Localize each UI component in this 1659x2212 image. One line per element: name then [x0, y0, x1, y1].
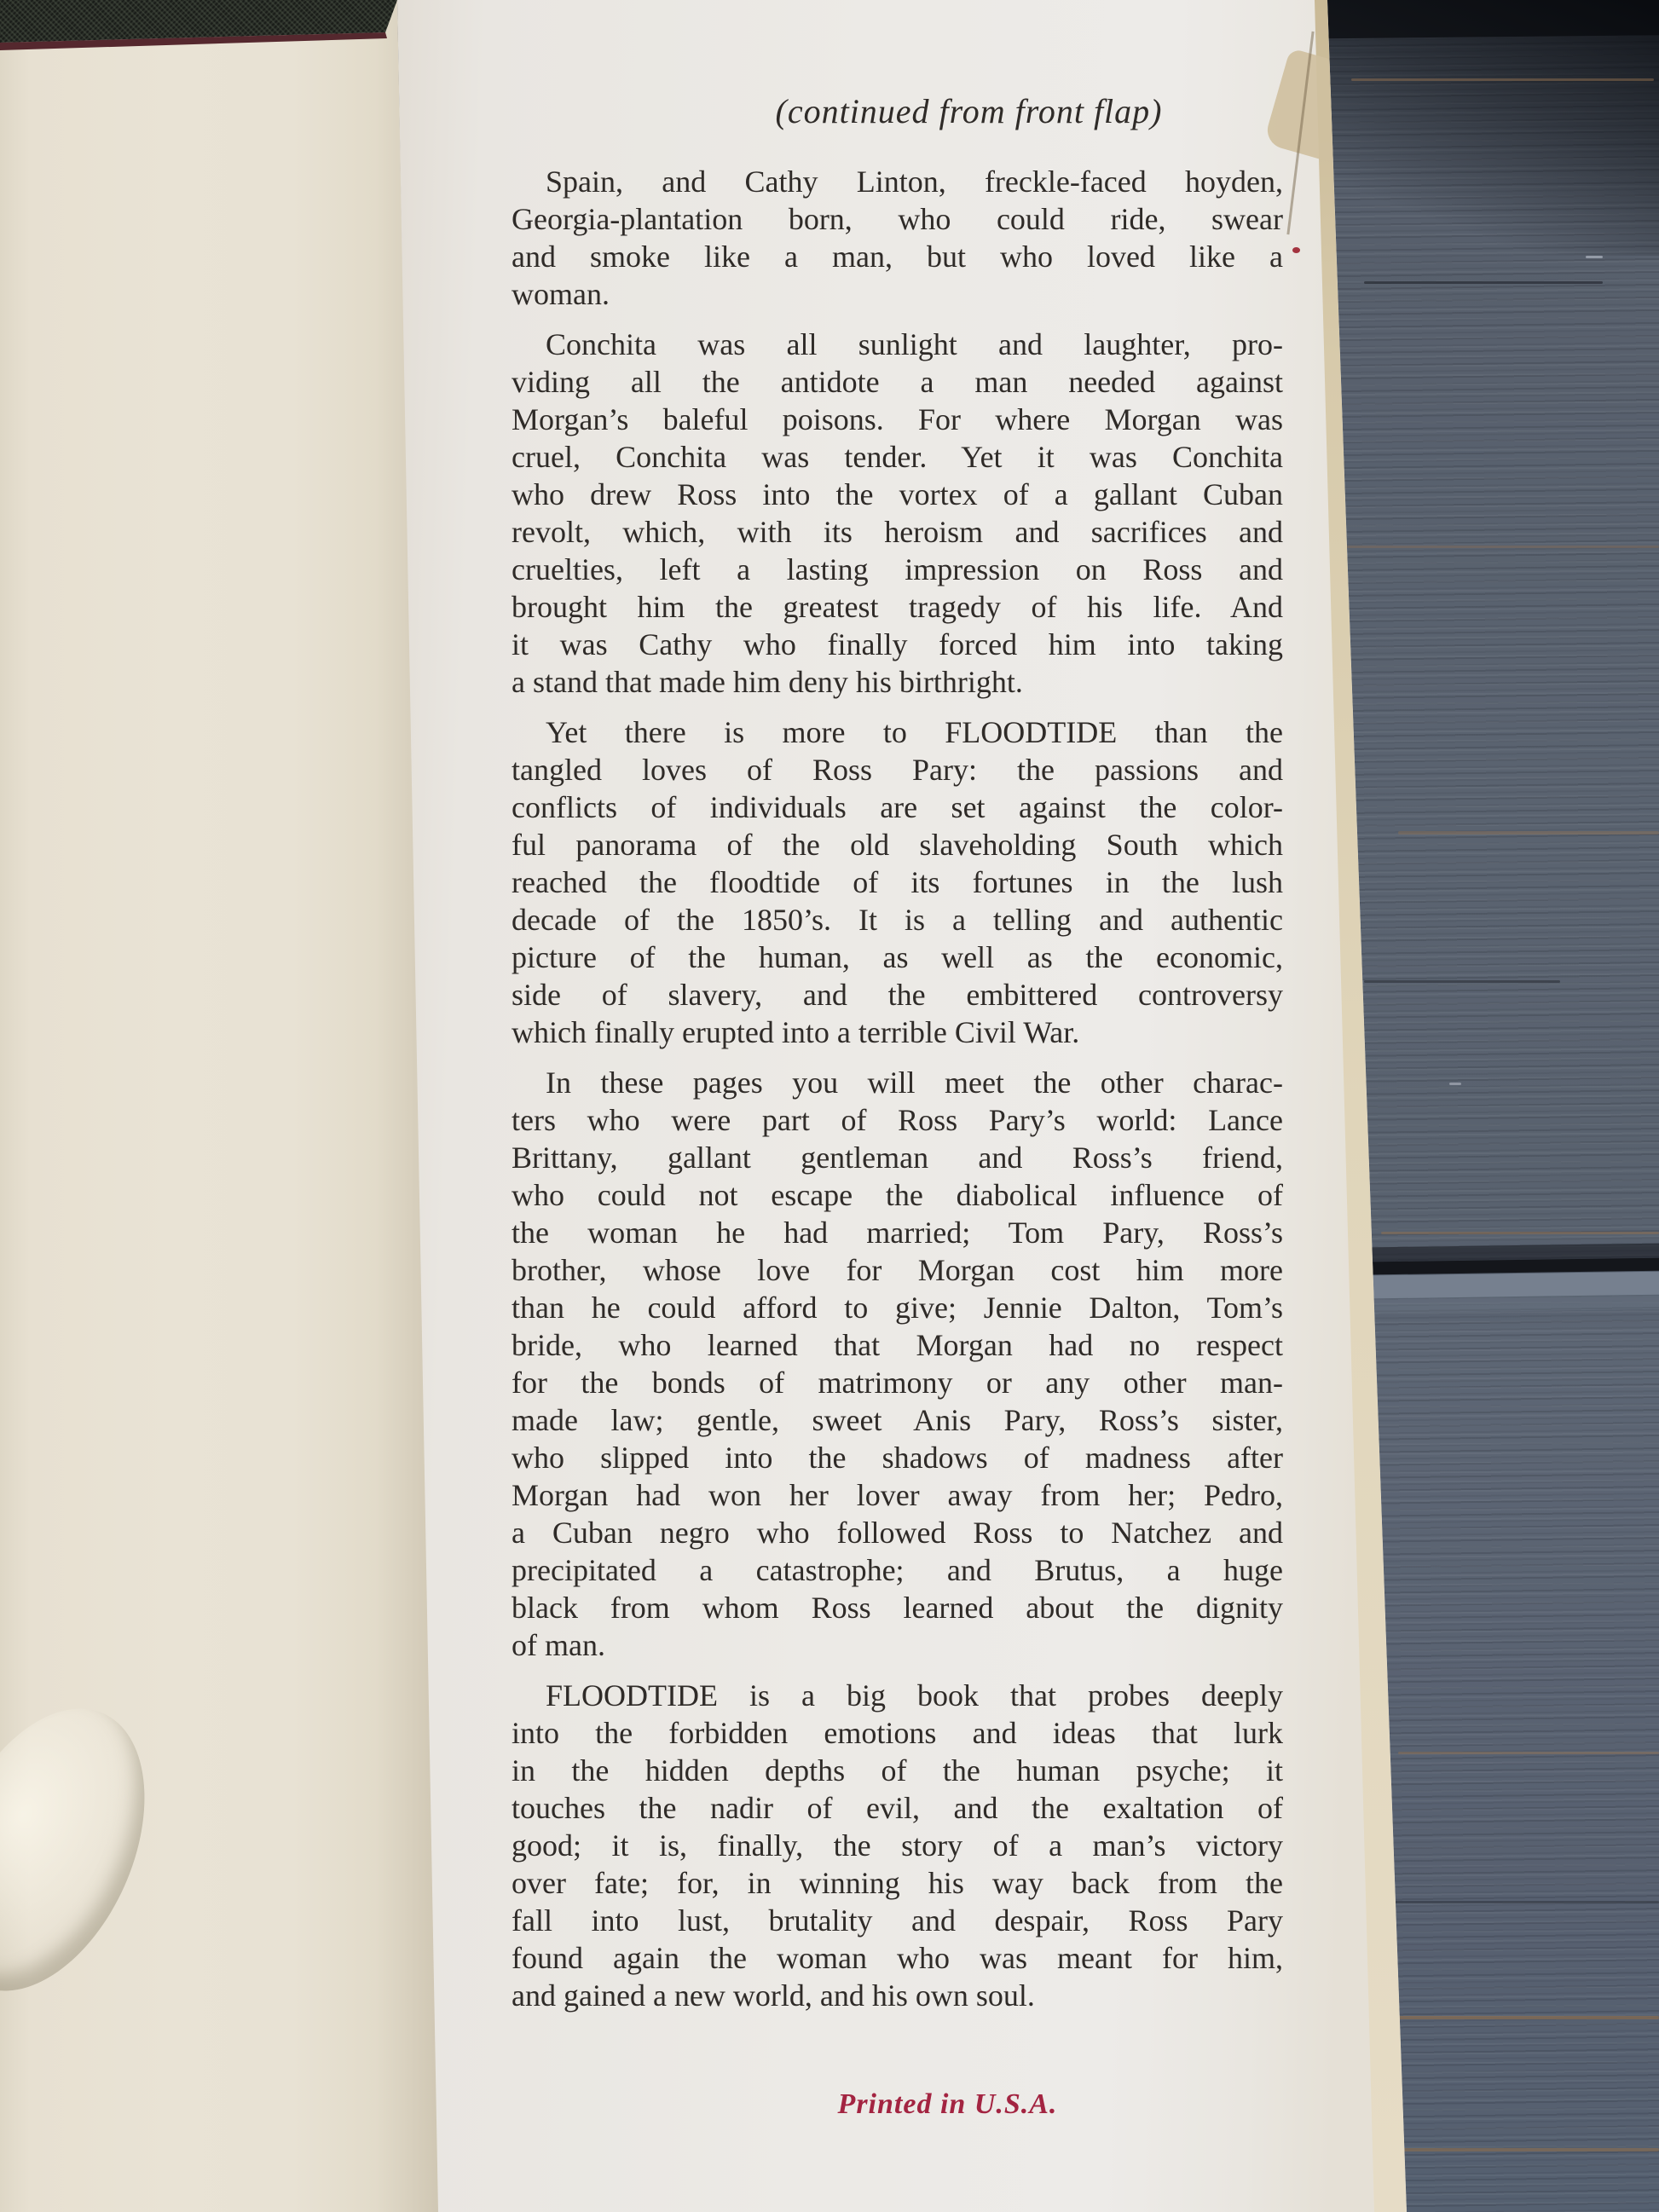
text-line: in the hidden depths of the human psyche…: [512, 1752, 1283, 1789]
text-line: ful panorama of the old slaveholding Sou…: [512, 826, 1283, 863]
text-line: revolt, which, with its heroism and sacr…: [512, 513, 1283, 551]
text-line: Conchita was all sunlight and laughter, …: [512, 326, 1283, 363]
text-line: over fate; for, in winning his way back …: [512, 1864, 1283, 1902]
text-line: reached the floodtide of its fortunes in…: [512, 863, 1283, 901]
text-line: good; it is, finally, the story of a man…: [512, 1827, 1283, 1864]
text-line: viding all the antidote a man needed aga…: [512, 363, 1283, 401]
text-line: into the forbidden emotions and ideas th…: [512, 1714, 1283, 1752]
text-line: tangled loves of Ross Pary: the passions…: [512, 751, 1283, 788]
wood-grain-streak: [1381, 1232, 1659, 1234]
text-line: brother, whose love for Morgan cost him …: [512, 1251, 1283, 1289]
text-line: of man.: [512, 1626, 1283, 1664]
printed-in-usa: Printed in U.S.A.: [512, 2086, 1283, 2123]
wood-grain-streak: [1449, 1083, 1461, 1085]
wood-grain-streak: [1398, 1752, 1659, 1754]
text-line: found again the woman who was meant for …: [512, 1939, 1283, 1977]
text-line: fall into lust, brutality and despair, R…: [512, 1902, 1283, 1939]
text-line: a Cuban negro who followed Ross to Natch…: [512, 1514, 1283, 1551]
text-line: picture of the human, as well as the eco…: [512, 939, 1283, 976]
text-line: for the bonds of matrimony or any other …: [512, 1364, 1283, 1401]
text-line: Morgan had won her lover away from her; …: [512, 1476, 1283, 1514]
text-line: In these pages you will meet the other c…: [512, 1064, 1283, 1101]
flap-paragraph: FLOODTIDE is a big book that probes deep…: [512, 1677, 1283, 2014]
page-curl-highlight: [0, 1677, 185, 2022]
text-line: Yet there is more to FLOODTIDE than the: [512, 713, 1283, 751]
text-line: Georgia-plantation born, who could ride,…: [512, 200, 1283, 238]
wood-grain-streak: [1364, 980, 1560, 983]
flap-header: (continued from front flap): [512, 87, 1355, 136]
text-line: bride, who learned that Morgan had no re…: [512, 1326, 1283, 1364]
text-line: it was Cathy who finally forced him into…: [512, 626, 1283, 663]
flap-body-text: Spain, and Cathy Linton, freckle-faced h…: [512, 163, 1283, 2123]
wood-grain-streak: [1351, 78, 1654, 81]
wood-grain-streak: [1338, 546, 1659, 548]
book-flap-photo: (continued from front flap) Spain, and C…: [0, 0, 1659, 2212]
text-line: conflicts of individuals are set against…: [512, 788, 1283, 826]
text-line: decade of the 1850’s. It is a telling an…: [512, 901, 1283, 939]
wood-grain-streak: [1364, 281, 1603, 284]
text-line: Morgan’s baleful poisons. For where Morg…: [512, 401, 1283, 438]
text-line: black from whom Ross learned about the d…: [512, 1589, 1283, 1626]
wood-grain-streak: [1364, 1901, 1659, 1903]
text-line: precipitated a catastrophe; and Brutus, …: [512, 1551, 1283, 1589]
flap-paragraph: In these pages you will meet the other c…: [512, 1064, 1283, 1664]
wood-grain-streak: [1381, 2016, 1659, 2019]
flap-paragraph: Spain, and Cathy Linton, freckle-faced h…: [512, 163, 1283, 313]
text-line: cruelties, left a lasting impression on …: [512, 551, 1283, 588]
text-line: woman.: [512, 275, 1283, 313]
text-line: which finally erupted into a terrible Ci…: [512, 1014, 1283, 1051]
flap-paragraph: Conchita was all sunlight and laughter, …: [512, 326, 1283, 701]
book-page-edge: [0, 0, 448, 2212]
wood-grain-streak: [1398, 831, 1659, 835]
corner-shadow: [1296, 0, 1659, 256]
text-line: FLOODTIDE is a big book that probes deep…: [512, 1677, 1283, 1714]
text-line: ters who were part of Ross Pary’s world:…: [512, 1101, 1283, 1139]
text-line: the woman he had married; Tom Pary, Ross…: [512, 1214, 1283, 1251]
text-line: side of slavery, and the embittered cont…: [512, 976, 1283, 1014]
text-line: who drew Ross into the vortex of a galla…: [512, 476, 1283, 513]
text-line: who slipped into the shadows of madness …: [512, 1439, 1283, 1476]
text-line: cruel, Conchita was tender. Yet it was C…: [512, 438, 1283, 476]
text-line: who could not escape the diabolical infl…: [512, 1176, 1283, 1214]
text-line: and smoke like a man, but who loved like…: [512, 238, 1283, 275]
text-line: a stand that made him deny his birthrigh…: [512, 663, 1283, 701]
text-line: made law; gentle, sweet Anis Pary, Ross’…: [512, 1401, 1283, 1439]
text-line: touches the nadir of evil, and the exalt…: [512, 1789, 1283, 1827]
flap-paragraph: Yet there is more to FLOODTIDE than thet…: [512, 713, 1283, 1051]
text-line: than he could afford to give; Jennie Dal…: [512, 1289, 1283, 1326]
text-line: Brittany, gallant gentleman and Ross’s f…: [512, 1139, 1283, 1176]
text-line: and gained a new world, and his own soul…: [512, 1977, 1283, 2014]
text-line: brought him the greatest tragedy of his …: [512, 588, 1283, 626]
flap-paragraphs: Spain, and Cathy Linton, freckle-faced h…: [512, 163, 1283, 2014]
wood-grain-streak: [1586, 256, 1603, 258]
text-line: Spain, and Cathy Linton, freckle-faced h…: [512, 163, 1283, 200]
flap-red-speck: [1292, 247, 1300, 253]
